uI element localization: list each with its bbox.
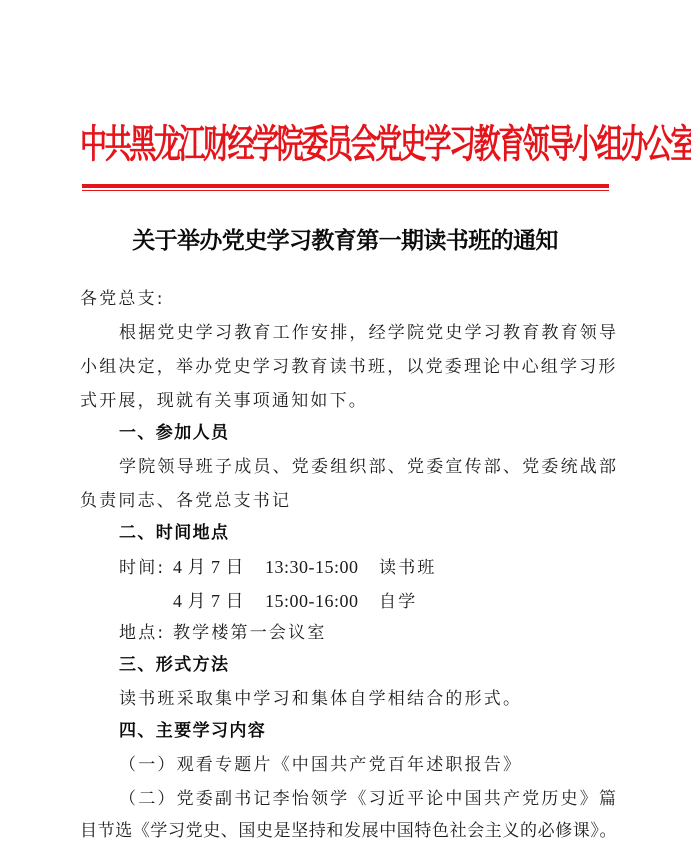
schedule-time: 15:00-16:00 xyxy=(265,584,379,618)
document-title: 关于举办党史学习教育第一期读书班的通知 xyxy=(80,224,610,258)
section-heading-participants: 一、参加人员 xyxy=(80,416,649,450)
location-label: 地点: xyxy=(119,623,165,643)
time-label: 时间: xyxy=(119,551,173,585)
schedule-date: 4 月 7 日 xyxy=(173,550,265,584)
letterhead-org-name: 中共黑龙江财经学院委员会党史学习教育领导小组办公室 xyxy=(80,111,610,181)
document-page: 中共黑龙江财经学院委员会党史学习教育领导小组办公室 关于举办党史学习教育第一期读… xyxy=(0,0,691,858)
content-item-1: （一）观看专题片《中国共产党百年述职报告》 xyxy=(80,748,649,782)
participants-line-1: 学院领导班子成员、党委组织部、党委宣传部、党委统战部 xyxy=(80,450,649,484)
schedule-row-1: 时间:4 月 7 日13:30-15:00读书班 xyxy=(80,550,649,585)
content-item-2-line-1: （二）党委副书记李怡领学《习近平论中国共产党历史》篇 xyxy=(80,782,649,816)
section-heading-time-place: 二、时间地点 xyxy=(80,516,649,550)
schedule-activity: 自学 xyxy=(379,585,417,619)
letterhead-rule-thick xyxy=(82,184,609,188)
section-heading-format: 三、形式方法 xyxy=(80,648,649,682)
salutation: 各党总支: xyxy=(80,282,610,316)
intro-line-1: 根据党史学习教育工作安排，经学院党史学习教育教育领导 xyxy=(80,316,649,350)
schedule-row-2: 4 月 7 日15:00-16:00自学 xyxy=(80,584,649,619)
schedule-date: 4 月 7 日 xyxy=(173,584,265,618)
intro-line-2: 小组决定，举办党史学习教育读书班，以党委理论中心组学习形 xyxy=(80,350,610,384)
location-value: 教学楼第一会议室 xyxy=(173,623,327,643)
intro-line-3: 式开展，现就有关事项通知如下。 xyxy=(80,384,610,418)
participants-line-2: 负责同志、各党总支书记 xyxy=(80,484,610,518)
letterhead-rule-thin xyxy=(82,190,609,191)
location-row: 地点: 教学楼第一会议室 xyxy=(80,616,649,650)
format-line-1: 读书班采取集中学习和集体自学相结合的形式。 xyxy=(80,682,649,716)
schedule-time: 13:30-15:00 xyxy=(265,550,379,584)
section-heading-content: 四、主要学习内容 xyxy=(80,714,649,748)
schedule-activity: 读书班 xyxy=(379,551,437,585)
content-item-2-line-2: 目节选《学习党史、国史是坚持和发展中国特色社会主义的必修课》。 xyxy=(80,814,610,848)
